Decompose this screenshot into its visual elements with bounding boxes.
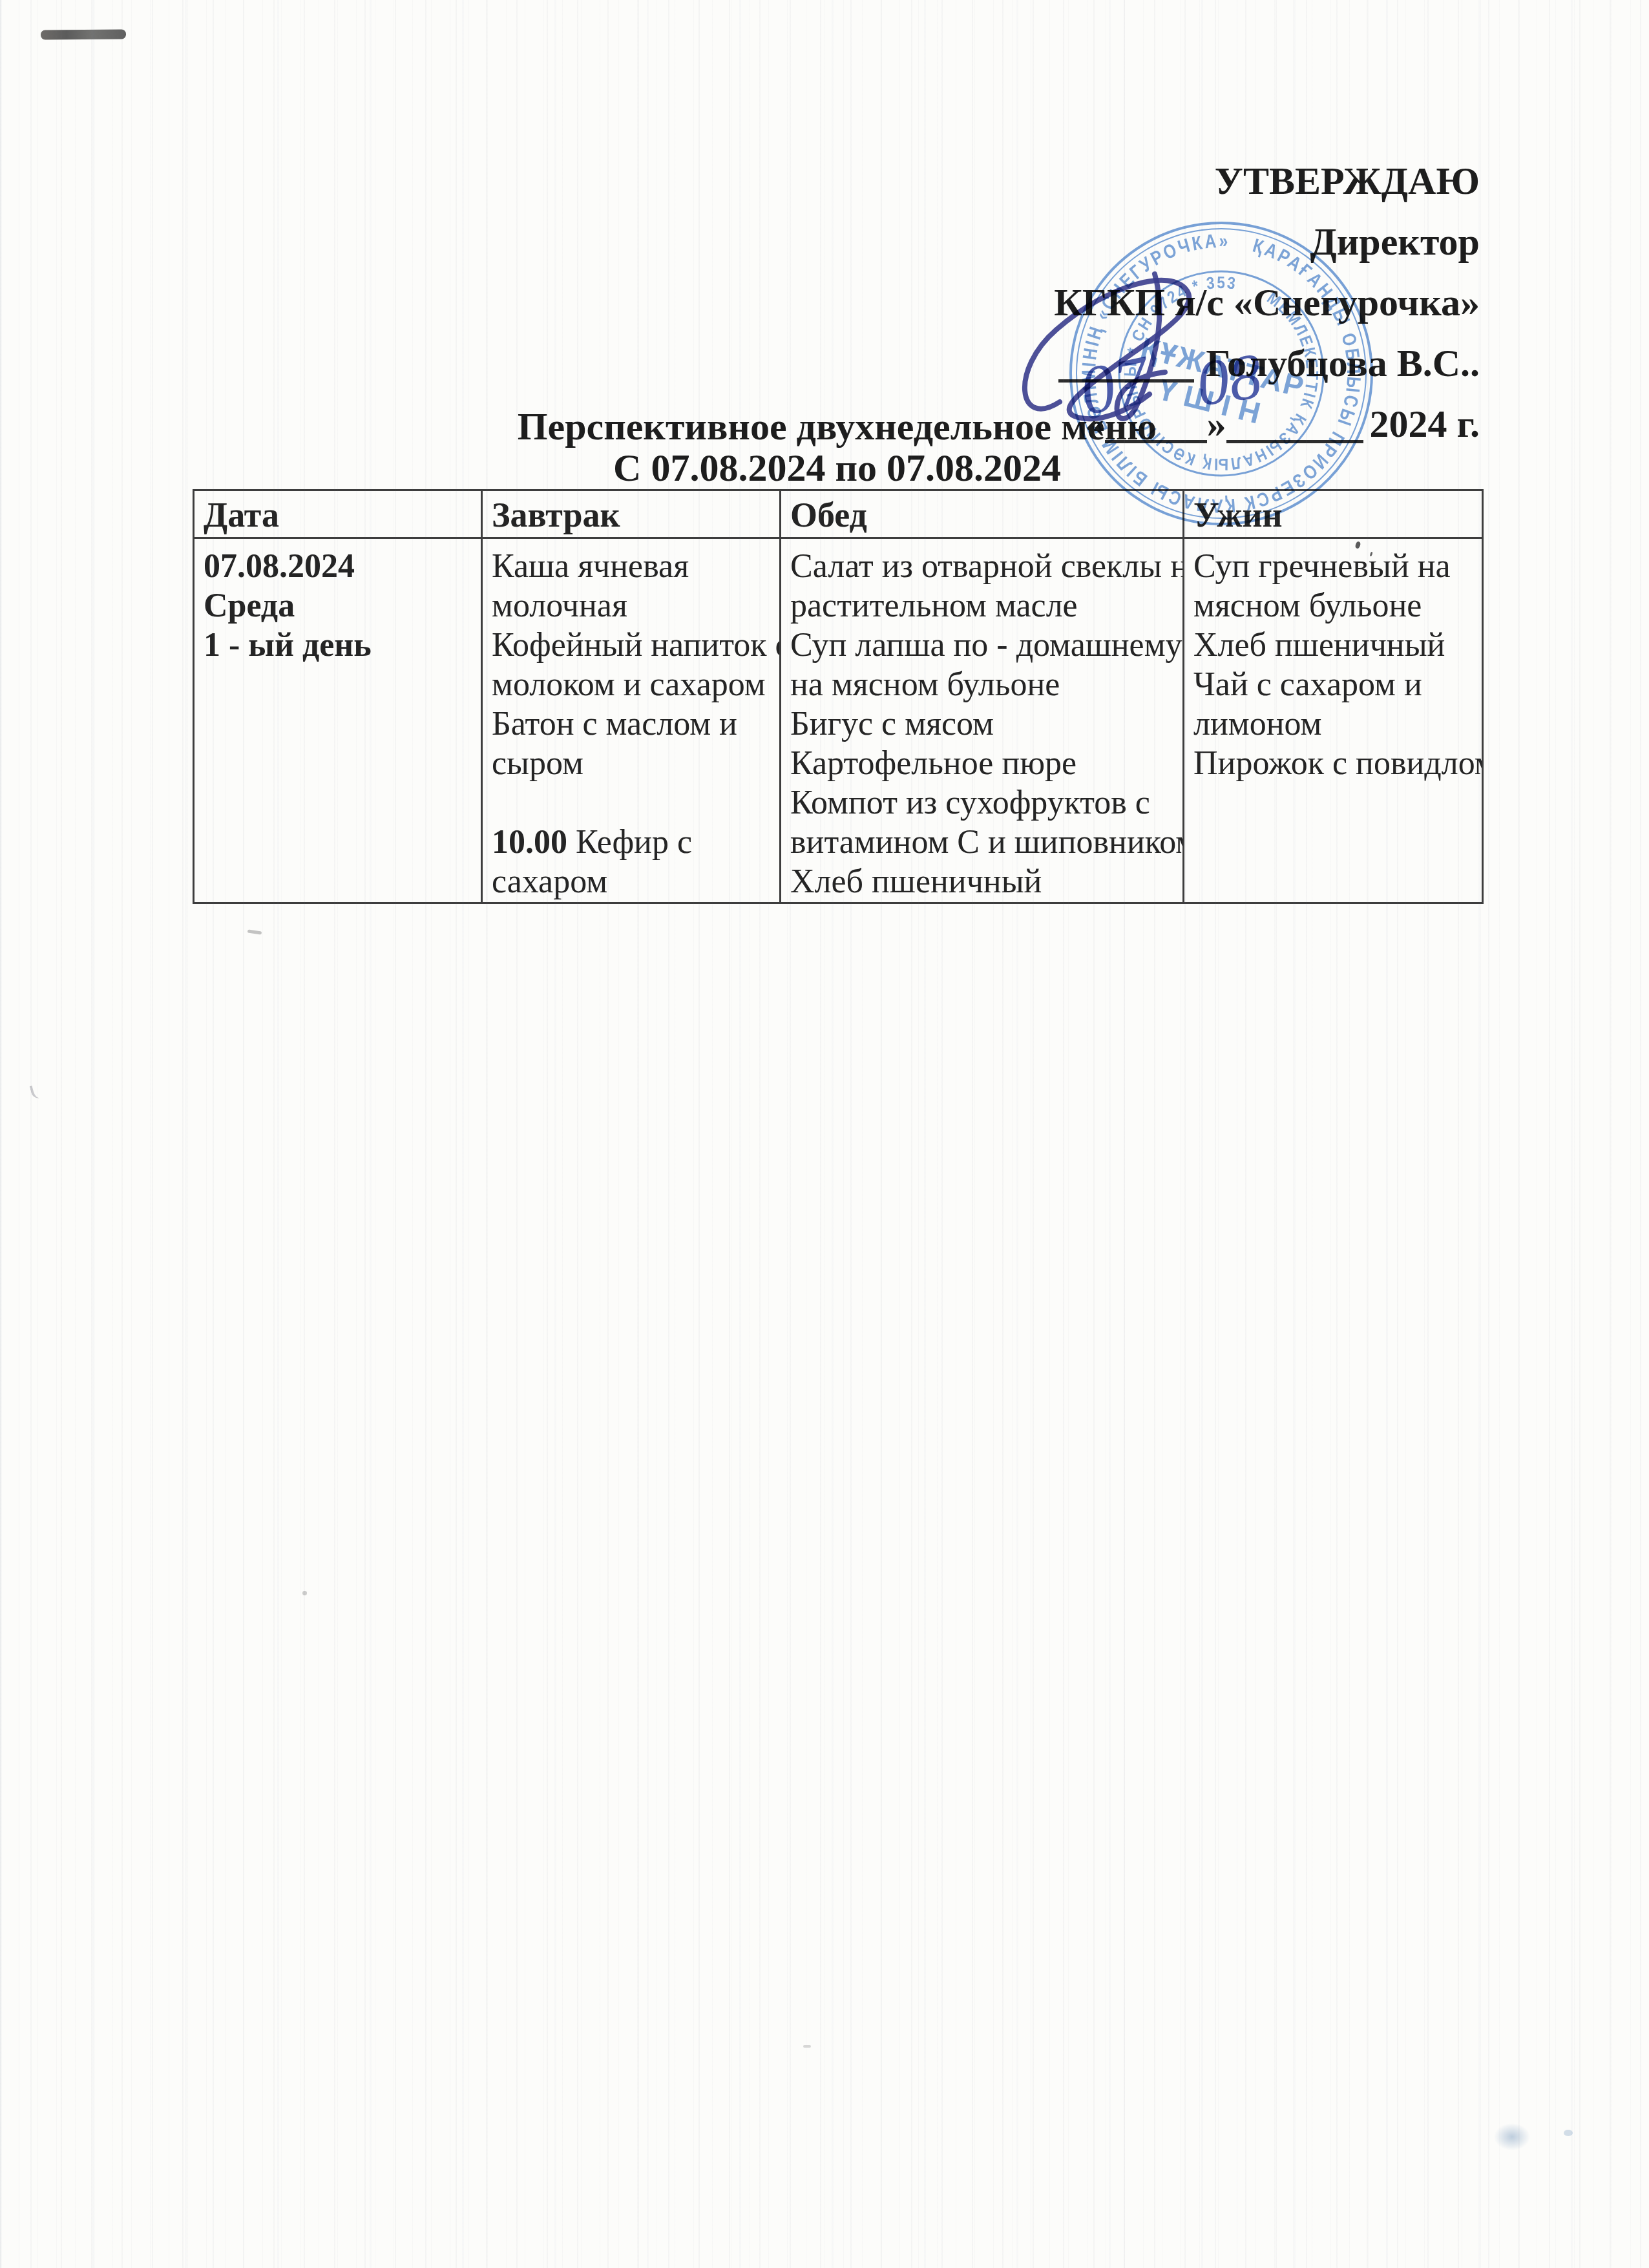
menu-line: Картофельное пюре [790,744,1176,783]
menu-line: Хлеб пшеничный [1193,625,1475,665]
menu-line: Каша ячневая [492,547,773,586]
menu-table: Дата Завтрак Обед Ужин 07.08.2024Среда1 … [193,489,1484,904]
menu-line: Бигус с мясом [790,704,1176,744]
menu-line: Батон с маслом и [492,704,773,744]
scan-artifact-dot [803,2045,811,2048]
menu-line: растительном масле [790,586,1176,625]
cell-breakfast: Каша ячневаямолочнаяКофейный напиток смо… [483,539,781,902]
scan-artifact-bar [41,30,126,40]
scan-artifact-blue-blob [1494,2123,1530,2150]
menu-line: молоком и сахаром [492,665,773,704]
menu-line: 07.08.2024 [204,547,474,586]
scanned-menu-document: УТВЕРЖДАЮ Директор КГКП я/с «Снегурочка»… [0,0,1649,2268]
menu-line: Среда [204,586,474,625]
cell-dinner: Суп гречневый намясном бульонеХлеб пшени… [1184,539,1482,902]
menu-line [492,783,773,823]
menu-line: Суп лапша по - домашнему [790,625,1176,665]
menu-line: сыром [492,744,773,783]
menu-line: мясном бульоне [1193,586,1475,625]
menu-line: сахаром [492,862,773,901]
menu-line: Хлеб пшеничный [790,862,1176,901]
scan-artifact-dot [302,1591,307,1595]
menu-line: молочная [492,586,773,625]
menu-line: Салат из отварной свеклы на [790,547,1176,586]
menu-line: витамином С и шиповником [790,823,1176,862]
scan-artifact-hook [29,1083,45,1100]
cell-date: 07.08.2024Среда1 - ый день [194,539,483,902]
cell-lunch: Салат из отварной свеклы нарастительном … [781,539,1184,902]
handwritten-month: 08 [1192,339,1266,421]
scan-artifact-dash [247,929,262,934]
menu-line: Кофейный напиток с [492,625,773,665]
menu-line: на мясном бульоне [790,665,1176,704]
menu-line: 1 - ый день [204,625,474,665]
menu-line: лимоном [1193,704,1475,744]
handwritten-signature [1005,240,1341,454]
menu-line: Суп гречневый на [1193,547,1475,586]
menu-line: 10.00 Кефир с [492,823,773,862]
approval-line-approve: УТВЕРЖДАЮ [1054,151,1480,211]
header-date: Дата [194,491,483,539]
menu-line: Пирожок с повидлом [1193,744,1475,783]
header-breakfast: Завтрак [483,491,781,539]
menu-line: Компот из сухофруктов с [790,783,1176,823]
scan-artifact-blue-dot [1564,2130,1573,2136]
menu-line: Чай с сахаром и [1193,665,1475,704]
